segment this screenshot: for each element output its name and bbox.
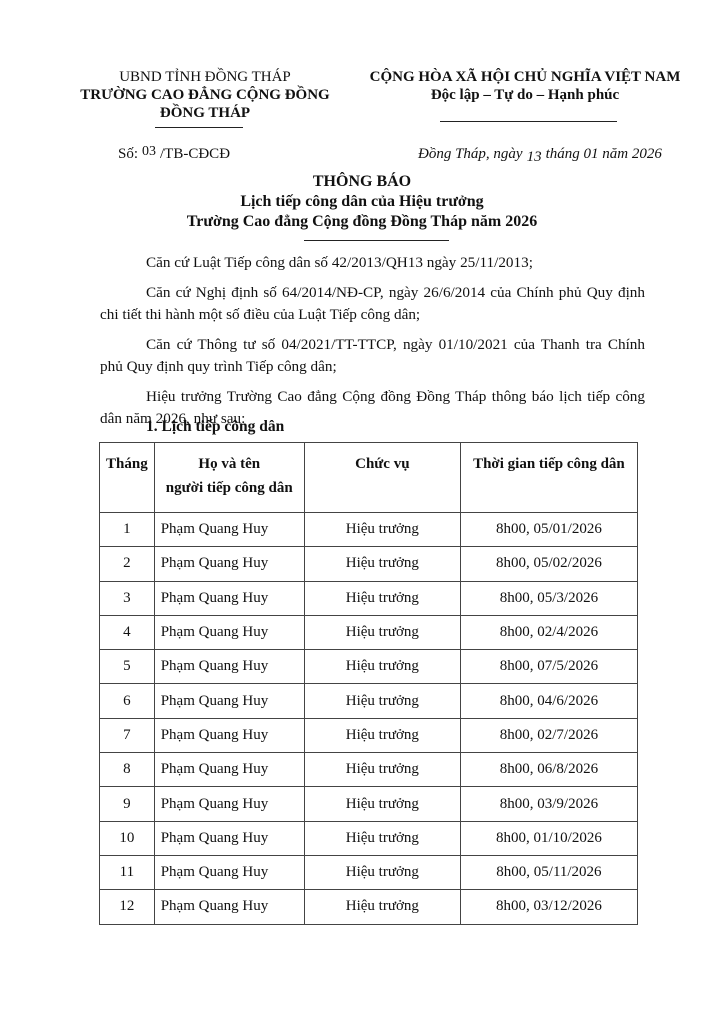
cell-position: Hiệu trưởng <box>304 821 460 855</box>
cell-month: 10 <box>100 821 155 855</box>
cell-month: 4 <box>100 615 155 649</box>
cell-month: 6 <box>100 684 155 718</box>
cell-time: 8h00, 05/02/2026 <box>460 547 637 581</box>
cell-position: Hiệu trưởng <box>304 787 460 821</box>
cell-name: Phạm Quang Huy <box>154 581 304 615</box>
table-row: 4Phạm Quang HuyHiệu trưởng8h00, 02/4/202… <box>100 615 638 649</box>
table-row: 9Phạm Quang HuyHiệu trưởng8h00, 03/9/202… <box>100 787 638 821</box>
cell-month: 5 <box>100 650 155 684</box>
cell-month: 7 <box>100 718 155 752</box>
org-name-line2: ĐỒNG THÁP <box>60 104 350 122</box>
cell-position: Hiệu trưởng <box>304 513 460 547</box>
authority-name: UBND TỈNH ĐỒNG THÁP <box>60 68 350 86</box>
table-row: 7Phạm Quang HuyHiệu trưởng8h00, 02/7/202… <box>100 718 638 752</box>
table-row: 2Phạm Quang HuyHiệu trưởng8h00, 05/02/20… <box>100 547 638 581</box>
cell-name: Phạm Quang Huy <box>154 821 304 855</box>
doc-number-value: 03 <box>138 144 160 159</box>
table-row: 6Phạm Quang HuyHiệu trưởng8h00, 04/6/202… <box>100 684 638 718</box>
cell-name: Phạm Quang Huy <box>154 513 304 547</box>
cell-month: 12 <box>100 890 155 924</box>
cell-name: Phạm Quang Huy <box>154 547 304 581</box>
date-day: 13 <box>523 149 546 165</box>
cell-name: Phạm Quang Huy <box>154 684 304 718</box>
table-row: 3Phạm Quang HuyHiệu trưởng8h00, 05/3/202… <box>100 581 638 615</box>
org-name-line1: TRƯỜNG CAO ĐẲNG CỘNG ĐỒNG <box>60 86 350 104</box>
header-time: Thời gian tiếp công dân <box>460 443 637 513</box>
cell-month: 1 <box>100 513 155 547</box>
cell-name: Phạm Quang Huy <box>154 855 304 889</box>
cell-month: 2 <box>100 547 155 581</box>
cell-time: 8h00, 05/3/2026 <box>460 581 637 615</box>
date-prefix: Đồng Tháp, ngày <box>418 146 523 162</box>
table-header-row: Tháng Họ và tên người tiếp công dân Chức… <box>100 443 638 513</box>
cell-name: Phạm Quang Huy <box>154 718 304 752</box>
cell-position: Hiệu trưởng <box>304 718 460 752</box>
doc-number-label: Số: <box>118 146 138 162</box>
cell-position: Hiệu trưởng <box>304 855 460 889</box>
cell-time: 8h00, 03/12/2026 <box>460 890 637 924</box>
section-heading: 1. Lịch tiếp công dân <box>146 418 284 436</box>
table-row: 10Phạm Quang HuyHiệu trưởng8h00, 01/10/2… <box>100 821 638 855</box>
national-motto: Độc lập – Tự do – Hạnh phúc <box>345 86 705 104</box>
header-month: Tháng <box>100 443 155 513</box>
cell-time: 8h00, 05/01/2026 <box>460 513 637 547</box>
header-name: Họ và tên người tiếp công dân <box>154 443 304 513</box>
table-row: 11Phạm Quang HuyHiệu trưởng8h00, 05/11/2… <box>100 855 638 889</box>
nation-block: CỘNG HÒA XÃ HỘI CHỦ NGHĨA VIỆT NAM Độc l… <box>345 68 705 104</box>
cell-position: Hiệu trưởng <box>304 615 460 649</box>
cell-month: 11 <box>100 855 155 889</box>
cell-time: 8h00, 06/8/2026 <box>460 753 637 787</box>
legal-basis-2: Căn cứ Nghị định số 64/2014/NĐ-CP, ngày … <box>100 282 645 326</box>
cell-position: Hiệu trưởng <box>304 684 460 718</box>
cell-name: Phạm Quang Huy <box>154 615 304 649</box>
title-underline <box>304 240 449 241</box>
cell-time: 8h00, 02/4/2026 <box>460 615 637 649</box>
cell-time: 8h00, 07/5/2026 <box>460 650 637 684</box>
cell-position: Hiệu trưởng <box>304 650 460 684</box>
cell-position: Hiệu trưởng <box>304 890 460 924</box>
cell-time: 8h00, 01/10/2026 <box>460 821 637 855</box>
cell-time: 8h00, 05/11/2026 <box>460 855 637 889</box>
cell-position: Hiệu trưởng <box>304 547 460 581</box>
cell-position: Hiệu trưởng <box>304 581 460 615</box>
header-position: Chức vụ <box>304 443 460 513</box>
cell-name: Phạm Quang Huy <box>154 787 304 821</box>
cell-name: Phạm Quang Huy <box>154 890 304 924</box>
preamble: Căn cứ Luật Tiếp công dân số 42/2013/QH1… <box>100 252 645 438</box>
motto-underline <box>440 121 617 122</box>
cell-position: Hiệu trưởng <box>304 753 460 787</box>
cell-month: 3 <box>100 581 155 615</box>
legal-basis-3: Căn cứ Thông tư số 04/2021/TT-TTCP, ngày… <box>100 334 645 378</box>
document-number: Số:03/TB-CĐCĐ <box>118 146 230 163</box>
document-title: THÔNG BÁO Lịch tiếp công dân của Hiệu tr… <box>100 172 624 232</box>
cell-time: 8h00, 04/6/2026 <box>460 684 637 718</box>
cell-time: 8h00, 03/9/2026 <box>460 787 637 821</box>
table-row: 8Phạm Quang HuyHiệu trưởng8h00, 06/8/202… <box>100 753 638 787</box>
cell-month: 8 <box>100 753 155 787</box>
cell-month: 9 <box>100 787 155 821</box>
table-row: 1Phạm Quang HuyHiệu trưởng8h00, 05/01/20… <box>100 513 638 547</box>
schedule-table: Tháng Họ và tên người tiếp công dân Chức… <box>99 442 638 925</box>
nation-name: CỘNG HÒA XÃ HỘI CHỦ NGHĨA VIỆT NAM <box>345 68 705 86</box>
cell-name: Phạm Quang Huy <box>154 753 304 787</box>
doc-number-suffix: /TB-CĐCĐ <box>160 146 230 162</box>
issuer-underline <box>155 127 243 128</box>
issuer-block: UBND TỈNH ĐỒNG THÁP TRƯỜNG CAO ĐẲNG CỘNG… <box>60 68 350 122</box>
table-row: 12Phạm Quang HuyHiệu trưởng8h00, 03/12/2… <box>100 890 638 924</box>
legal-basis-1: Căn cứ Luật Tiếp công dân số 42/2013/QH1… <box>100 252 645 274</box>
table-row: 5Phạm Quang HuyHiệu trưởng8h00, 07/5/202… <box>100 650 638 684</box>
cell-time: 8h00, 02/7/2026 <box>460 718 637 752</box>
title-line2: Trường Cao đẳng Cộng đồng Đồng Tháp năm … <box>100 212 624 232</box>
title-line1: Lịch tiếp công dân của Hiệu trưởng <box>100 192 624 212</box>
issue-date: Đồng Tháp, ngày13tháng 01 năm 2026 <box>418 146 662 163</box>
document-type: THÔNG BÁO <box>100 172 624 192</box>
date-suffix: tháng 01 năm 2026 <box>546 146 662 162</box>
cell-name: Phạm Quang Huy <box>154 650 304 684</box>
